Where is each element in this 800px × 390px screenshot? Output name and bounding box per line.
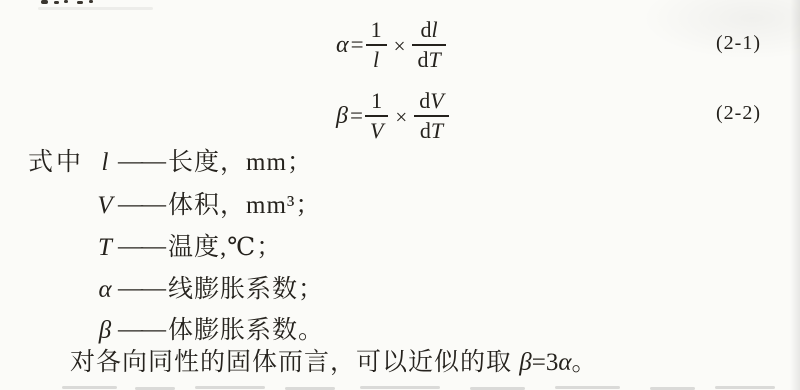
em-dash: —— (118, 147, 164, 177)
em-dash: —— (118, 232, 164, 262)
symbol-T: T (92, 233, 118, 263)
em-dash: —— (118, 274, 164, 304)
definition-text: 体积，mm³； (168, 192, 321, 219)
eq1-lhs: α (336, 32, 349, 59)
eq1-fraction-1: 1 l (366, 18, 387, 72)
closing-text: 对各向同性的固体而言，可以近似的取 (70, 349, 519, 376)
eq1-times: × (394, 34, 406, 59)
eq2-times: × (395, 105, 407, 130)
em-dash: —— (118, 190, 164, 220)
symbol-l: l (92, 148, 118, 178)
em-dash: —— (118, 315, 164, 345)
definition-row-alpha: α——线膨胀系数； (92, 275, 324, 305)
eq2-lhs: β (336, 103, 348, 130)
closing-math-beta: β (519, 349, 531, 376)
closing-sentence: 对各向同性的固体而言，可以近似的取 β=3α。 (70, 348, 597, 378)
definition-text: 体膨胀系数。 (168, 317, 324, 344)
definition-row-V: V——体积，mm³； (92, 191, 321, 221)
definition-row-beta: β——体膨胀系数。 (92, 316, 324, 346)
symbol-beta: β (92, 316, 118, 346)
equation-2-2: β = 1 V × dV dT (336, 87, 449, 145)
closing-math-equals-3: =3 (532, 349, 559, 376)
eq2-fraction-2: dV dT (414, 89, 448, 143)
closing-period: 。 (571, 349, 597, 376)
definition-row-l: 式中l——长度，mm； (28, 148, 313, 178)
eq1-equals: = (351, 32, 363, 58)
definition-text: 线膨胀系数； (168, 276, 324, 303)
eq2-fraction-1: 1 V (365, 89, 388, 143)
equation-number-2-1: (2-1) (716, 32, 761, 55)
where-label: 式中 (28, 148, 92, 178)
definition-text: 长度，mm； (168, 149, 313, 176)
definition-row-T: T——温度,℃； (92, 233, 282, 263)
eq1-fraction-2: dl dT (412, 18, 445, 72)
eq2-equals: = (350, 103, 362, 129)
symbol-V: V (92, 191, 118, 221)
closing-math-alpha: α (558, 349, 571, 376)
definition-text: 温度,℃； (168, 234, 282, 261)
equation-number-2-2: (2-2) (716, 102, 761, 125)
equation-2-1: α = 1 l × dl dT (336, 16, 446, 74)
symbol-alpha: α (92, 275, 118, 305)
scanned-document-page: α = 1 l × dl dT (2-1) β = 1 V × dV dT (2… (0, 0, 800, 390)
